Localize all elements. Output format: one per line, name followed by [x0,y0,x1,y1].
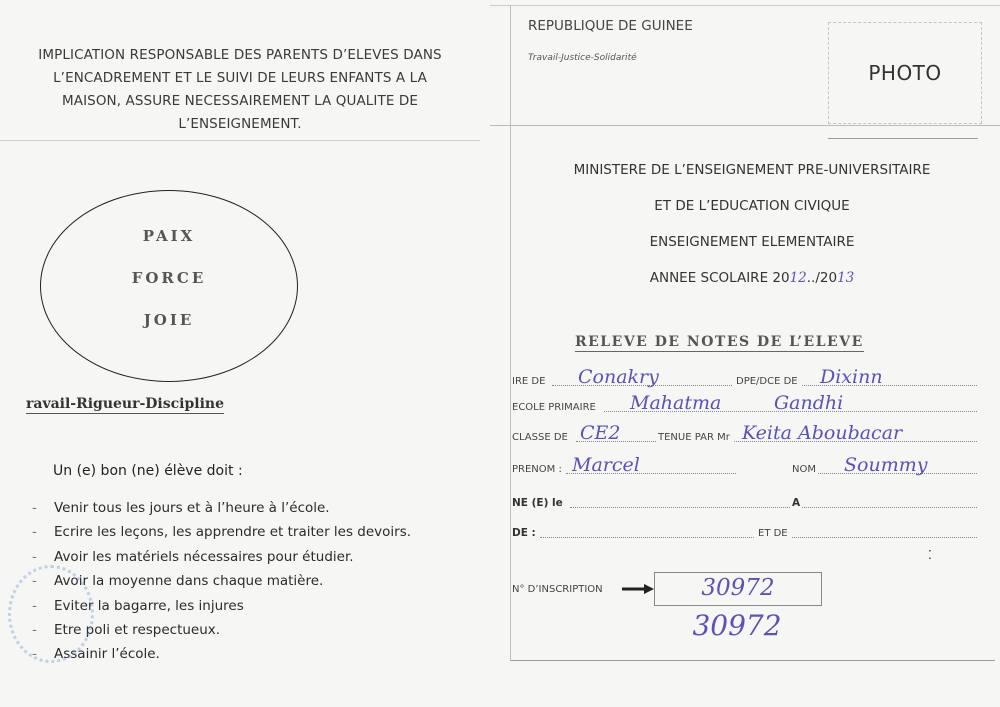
divider [828,138,978,139]
father-label: DE : [512,527,536,539]
inscription-number: 30972 [655,575,821,601]
school-motto: ravail-Rigueur-Discipline [26,396,224,414]
school-year-label: ANNEE SCOLAIRE 20 [650,270,790,286]
ire-label: IRE DE [512,376,545,387]
school-year-end[interactable]: 13 [837,270,854,286]
school-year-separator: ../20 [807,270,837,286]
teacher-field[interactable]: Keita Aboubacar [742,422,902,444]
rules-heading: Un (e) bon (ne) élève doit : [53,463,243,479]
ire-field[interactable]: Conakry [578,366,659,388]
classe-label: CLASSE DE [512,432,568,443]
ink-speck: ⁚ [928,548,932,562]
arrow-right-icon [622,584,654,594]
ministry-line: ENSEIGNEMENT ELEMENTAIRE [510,234,994,250]
motto-word-joie: JOIE [41,311,297,329]
inscription-number-repeat: 30972 [654,609,820,642]
motto-line: L’ENCADREMENT ET LE SUIVI DE LEURS ENFAN… [20,67,460,90]
national-motto-oval: PAIX FORCE JOIE [40,190,298,382]
country-motto: Travail-Justice-Solidarité [528,53,637,63]
motto-line: MAISON, ASSURE NECESSAIREMENT LA QUALITE… [20,90,460,113]
field-row-prenom: PRENOM : Marcel NOM Soummy [512,454,977,478]
list-item: -Ecrire les leçons, les apprendre et tra… [32,520,411,544]
school-year: ANNEE SCOLAIRE 2012../2013 [510,270,994,286]
mother-label: ET DE [758,528,788,539]
motto-line: L’ENSEIGNEMENT. [20,113,460,136]
motto-line: IMPLICATION RESPONSABLE DES PARENTS D’EL… [20,44,460,67]
dpe-field[interactable]: Dixinn [820,366,883,388]
field-row-ecole: ECOLE PRIMAIRE Mahatma Gandhi [512,392,977,416]
inscription-label: N° D’INSCRIPTION [512,584,603,595]
parent-involvement-motto: IMPLICATION RESPONSABLE DES PARENTS D’EL… [20,44,460,136]
ministry-line: MINISTERE DE L’ENSEIGNEMENT PRE-UNIVERSI… [510,162,994,178]
dpe-label: DPE/DCE DE [736,376,798,387]
tenue-label: TENUE PAR Mr [658,432,730,443]
inscription-number-box[interactable]: 30972 [654,572,822,606]
nom-field[interactable]: Soummy [844,454,927,476]
classe-field[interactable]: CE2 [580,422,621,444]
school-year-start[interactable]: 12 [790,270,807,286]
ministry-line: ET DE L’EDUCATION CIVIQUE [510,198,994,214]
birth-date-label: NE (E) le [512,497,563,509]
field-row-birth: NE (E) le A [512,488,977,512]
nom-label: NOM [792,464,816,475]
prenom-label: PRENOM : [512,464,562,475]
ecole-field-part1[interactable]: Mahatma [630,392,721,414]
list-item: -Avoir les matériels nécessaires pour ét… [32,545,411,569]
country-name: REPUBLIQUE DE GUINEE [528,18,693,34]
divider [490,125,1000,126]
ecole-label: ECOLE PRIMAIRE [512,402,596,413]
divider [0,140,480,141]
document-title: RELEVE DE NOTES DE L’ELEVE [575,334,864,352]
field-row-ire: IRE DE Conakry DPE/DCE DE Dixinn [512,366,977,390]
prenom-field[interactable]: Marcel [572,454,640,476]
field-row-classe: CLASSE DE CE2 TENUE PAR Mr Keita Aboubac… [512,422,977,446]
ecole-field-part2[interactable]: Gandhi [774,392,843,414]
school-stamp-icon [8,565,94,663]
list-item: -Assainir l’école. [32,642,411,666]
list-item: -Venir tous les jours et à l’heure à l’é… [32,496,411,520]
rules-list: -Venir tous les jours et à l’heure à l’é… [32,496,411,667]
birth-place-label: A [792,497,800,509]
photo-label: PHOTO [829,61,981,85]
photo-placeholder: PHOTO [828,22,982,124]
motto-word-force: FORCE [41,269,297,287]
motto-word-paix: PAIX [41,227,297,245]
field-row-parents: DE : ET DE [512,518,977,542]
